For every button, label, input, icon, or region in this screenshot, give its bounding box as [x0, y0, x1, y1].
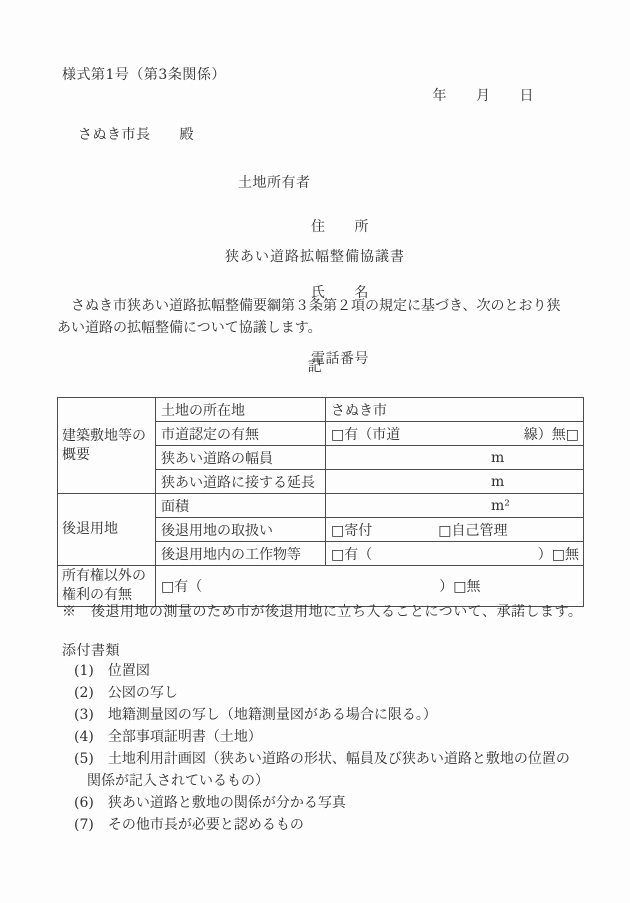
road-width-label: 狭あい道路の幅員: [156, 446, 326, 470]
city-road-value-cell: □有（市道 線）無□: [326, 422, 584, 446]
structures-no-checkbox: ）□無: [538, 544, 579, 564]
structures-yes-checkbox: □有（: [331, 544, 372, 564]
date-line: 年 月 日: [0, 85, 534, 105]
consent-note: ※ 後退用地の測量のため市が後退用地に立ち入ることについて、承諾します。: [62, 601, 582, 621]
document-page: 様式第1号（第3条関係） 年 月 日 さぬき市長 殿 土地所有者 住 所 氏 名…: [0, 0, 630, 903]
location-value-cell: さぬき市: [326, 398, 584, 422]
frontage-label: 狭あい道路に接する延長: [156, 470, 326, 494]
list-item: (6) 狭あい道路と敷地の関係が分かる写真: [74, 792, 574, 814]
location-label: 土地の所在地: [156, 398, 326, 422]
landowner-fields: 住 所 氏 名 電話番号: [311, 172, 369, 414]
location-value: さぬき市: [331, 400, 387, 420]
area-value-cell: m²: [326, 494, 584, 518]
list-item: (4) 全部事項証明書（土地）: [74, 726, 574, 748]
donation-checkbox: □寄付: [331, 520, 372, 540]
table-row: 建築敷地等の 概要 土地の所在地 さぬき市: [58, 398, 584, 422]
group-setback-land: 後退用地: [58, 494, 156, 566]
frontage-unit: m: [491, 474, 504, 490]
area-unit: m²: [491, 498, 510, 514]
details-table: 建築敷地等の 概要 土地の所在地 さぬき市 市道認定の有無 □有（市道 線）無□…: [57, 397, 584, 607]
area-label: 面積: [156, 494, 326, 518]
address-field-label: 住 所: [311, 216, 369, 238]
city-road-label: 市道認定の有無: [156, 422, 326, 446]
group-site-overview: 建築敷地等の 概要: [58, 398, 156, 494]
list-item: (2) 公図の写し: [74, 682, 574, 704]
handling-label: 後退用地の取扱い: [156, 518, 326, 542]
self-manage-checkbox: □自己管理: [438, 520, 507, 540]
attachments-heading: 添付書類: [62, 640, 120, 660]
list-item: (7) その他市長が必要と認めるもの: [74, 814, 574, 836]
structures-value-cell: □有（ ）□無: [326, 542, 584, 566]
road-width-value-cell: m: [326, 446, 584, 470]
document-title: 狭あい道路拡幅整備協議書: [0, 246, 630, 266]
list-item: (5) 土地利用計画図（狭あい道路の形状、幅員及び狭あい道路と敷地の位置の関係が…: [74, 748, 574, 792]
list-item: (3) 地籍測量図の写し（地籍測量図がある場合に限る。）: [74, 704, 574, 726]
structures-label: 後退用地内の工作物等: [156, 542, 326, 566]
rights-no-checkbox: ）□無: [439, 576, 480, 596]
table-row: 後退用地 面積 m²: [58, 494, 584, 518]
handling-value-cell: □寄付 □自己管理: [326, 518, 584, 542]
frontage-value-cell: m: [326, 470, 584, 494]
addressee-line: さぬき市長 殿: [78, 124, 194, 144]
rights-yes-checkbox: □有（: [161, 576, 202, 596]
form-number: 様式第1号（第3条関係）: [62, 64, 226, 84]
road-width-unit: m: [491, 450, 504, 466]
ki-heading: 記: [0, 356, 630, 376]
list-item: (1) 位置図: [74, 660, 574, 682]
body-paragraph: さぬき市狭あい道路拡幅整備要綱第３条第２項の規定に基づき、次のとおり狭あい道路の…: [57, 295, 573, 339]
city-road-yes-checkbox: □有（市道: [331, 424, 400, 444]
attachments-list: (1) 位置図 (2) 公図の写し (3) 地籍測量図の写し（地籍測量図がある場…: [74, 660, 574, 836]
city-road-no-checkbox: 線）無□: [524, 424, 579, 444]
landowner-label: 土地所有者: [238, 172, 311, 192]
